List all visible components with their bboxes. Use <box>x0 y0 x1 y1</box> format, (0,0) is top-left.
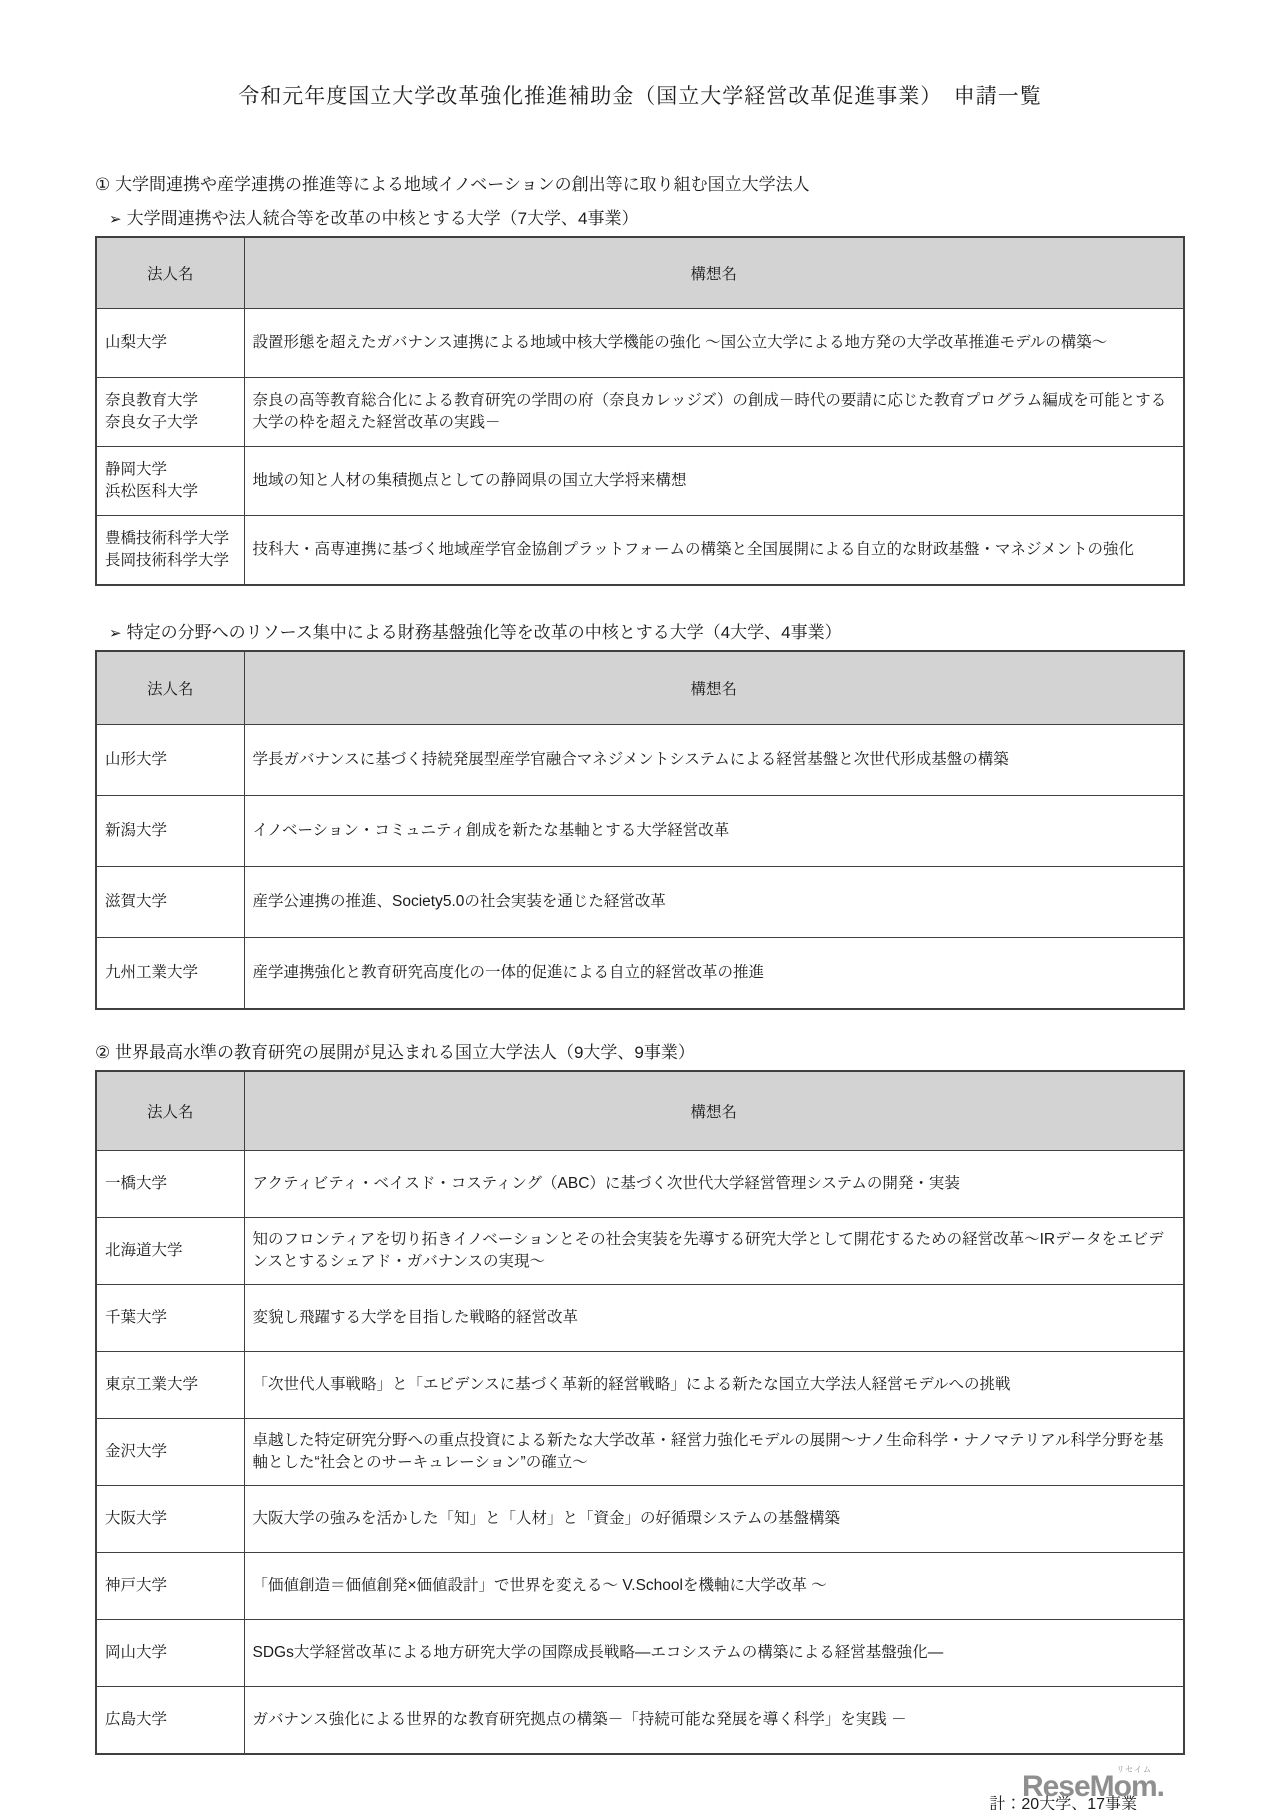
table-row: 千葉大学 変貌し飛躍する大学を目指した戦略的経営改革 <box>96 1285 1184 1352</box>
table-row: 広島大学 ガバナンス強化による世界的な教育研究拠点の構築－「持続可能な発展を導く… <box>96 1687 1184 1755</box>
university-name-cell: 山梨大学 <box>96 309 244 378</box>
university-name-cell: 金沢大学 <box>96 1419 244 1486</box>
table-row: 北海道大学 知のフロンティアを切り拓きイノベーションとその社会実装を先導する研究… <box>96 1218 1184 1285</box>
arrow-bullet-icon: ➢ <box>109 210 122 228</box>
table-row: 静岡大学 浜松医科大学 地域の知と人材の集積拠点としての静岡県の国立大学将来構想 <box>96 447 1184 516</box>
subsection-2-heading-text: 特定の分野へのリソース集中による財務基盤強化等を改革の中核とする大学（4大学、4… <box>127 623 842 642</box>
concept-title-cell: 産学公連携の推進、Society5.0の社会実装を通じた経営改革 <box>244 867 1184 938</box>
concept-title-cell: 「次世代人事戦略」と「エビデンスに基づく革新的経営戦略」による新たな国立大学法人… <box>244 1352 1184 1419</box>
university-name-cell: 岡山大学 <box>96 1620 244 1687</box>
corporation-column-header: 法人名 <box>96 237 244 309</box>
document-page: 令和元年度国立大学改革強化推進補助金（国立大学経営改革促進事業） 申請一覧 ① … <box>95 80 1185 1810</box>
concept-title-cell: アクティビティ・ベイスド・コスティング（ABC）に基づく次世代大学経営管理システ… <box>244 1151 1184 1218</box>
concept-title-cell: 大阪大学の強みを活かした「知」と「人材」と「資金」の好循環システムの基盤構築 <box>244 1486 1184 1553</box>
concept-title-cell: SDGs大学経営改革による地方研究大学の国際成長戦略―エコシステムの構築による経… <box>244 1620 1184 1687</box>
table-row: 岡山大学 SDGs大学経営改革による地方研究大学の国際成長戦略―エコシステムの構… <box>96 1620 1184 1687</box>
concept-title-cell: 技科大・高専連携に基づく地域産学官金協創プラットフォームの構築と全国展開による自… <box>244 516 1184 586</box>
table-row: 豊橋技術科学大学 長岡技術科学大学 技科大・高専連携に基づく地域産学官金協創プラ… <box>96 516 1184 586</box>
subsection-2-heading: ➢特定の分野へのリソース集中による財務基盤強化等を改革の中核とする大学（4大学、… <box>109 618 1185 643</box>
university-name-cell: 一橋大学 <box>96 1151 244 1218</box>
university-name-cell: 千葉大学 <box>96 1285 244 1352</box>
university-name-cell: 広島大学 <box>96 1687 244 1755</box>
table-row: 神戸大学 「価値創造＝価値創発×価値設計」で世界を変える～ V.Schoolを機… <box>96 1553 1184 1620</box>
concept-title-cell: 設置形態を超えたガバナンス連携による地域中核大学機能の強化 ～国公立大学による地… <box>244 309 1184 378</box>
concept-column-header: 構想名 <box>244 237 1184 309</box>
table-row: 東京工業大学 「次世代人事戦略」と「エビデンスに基づく革新的経営戦略」による新た… <box>96 1352 1184 1419</box>
subsection-1-heading-text: 大学間連携や法人統合等を改革の中核とする大学（7大学、4事業） <box>127 209 639 228</box>
university-name-cell: 大阪大学 <box>96 1486 244 1553</box>
table-row: 一橋大学 アクティビティ・ベイスド・コスティング（ABC）に基づく次世代大学経営… <box>96 1151 1184 1218</box>
concept-title-cell: 学長ガバナンスに基づく持続発展型産学官融合マネジメントシステムによる経営基盤と次… <box>244 725 1184 796</box>
concept-title-cell: ガバナンス強化による世界的な教育研究拠点の構築－「持続可能な発展を導く科学」を実… <box>244 1687 1184 1755</box>
concept-title-cell: 知のフロンティアを切り拓きイノベーションとその社会実装を先導する研究大学として開… <box>244 1218 1184 1285</box>
subsection-1-heading: ➢大学間連携や法人統合等を改革の中核とする大学（7大学、4事業） <box>109 204 1185 229</box>
table-header-row: 法人名 構想名 <box>96 651 1184 725</box>
concept-title-cell: 産学連携強化と教育研究高度化の一体的促進による自立的経営改革の推進 <box>244 938 1184 1010</box>
university-name-cell: 山形大学 <box>96 725 244 796</box>
corporation-column-header: 法人名 <box>96 651 244 725</box>
table-row: 滋賀大学 産学公連携の推進、Society5.0の社会実装を通じた経営改革 <box>96 867 1184 938</box>
university-name-cell: 北海道大学 <box>96 1218 244 1285</box>
university-name-cell: 豊橋技術科学大学 長岡技術科学大学 <box>96 516 244 586</box>
concept-title-cell: 変貌し飛躍する大学を目指した戦略的経営改革 <box>244 1285 1184 1352</box>
concept-column-header: 構想名 <box>244 1071 1184 1151</box>
table-row: 大阪大学 大阪大学の強みを活かした「知」と「人材」と「資金」の好循環システムの基… <box>96 1486 1184 1553</box>
concept-title-cell: 地域の知と人材の集積拠点としての静岡県の国立大学将来構想 <box>244 447 1184 516</box>
section-2-heading: ② 世界最高水準の教育研究の展開が見込まれる国立大学法人（9大学、9事業） <box>95 1038 1185 1063</box>
university-name-cell: 東京工業大学 <box>96 1352 244 1419</box>
page-title: 令和元年度国立大学改革強化推進補助金（国立大学経営改革促進事業） 申請一覧 <box>95 80 1185 110</box>
table-world-class-universities: 法人名 構想名 一橋大学 アクティビティ・ベイスド・コスティング（ABC）に基づ… <box>95 1070 1185 1755</box>
table-row: 金沢大学 卓越した特定研究分野への重点投資による新たな大学改革・経営力強化モデル… <box>96 1419 1184 1486</box>
concept-title-cell: 「価値創造＝価値創発×価値設計」で世界を変える～ V.Schoolを機軸に大学改… <box>244 1553 1184 1620</box>
table-header-row: 法人名 構想名 <box>96 1071 1184 1151</box>
logo-ruby-text: リセイム <box>1116 1764 1152 1775</box>
university-name-cell: 奈良教育大学 奈良女子大学 <box>96 378 244 447</box>
university-name-cell: 神戸大学 <box>96 1553 244 1620</box>
corporation-column-header: 法人名 <box>96 1071 244 1151</box>
table-collaboration-universities: 法人名 構想名 山梨大学 設置形態を超えたガバナンス連携による地域中核大学機能の… <box>95 236 1185 586</box>
concept-title-cell: 奈良の高等教育総合化による教育研究の学問の府（奈良カレッジズ）の創成－時代の要請… <box>244 378 1184 447</box>
university-name-cell: 新潟大学 <box>96 796 244 867</box>
table-resource-concentration-universities: 法人名 構想名 山形大学 学長ガバナンスに基づく持続発展型産学官融合マネジメント… <box>95 650 1185 1010</box>
concept-title-cell: 卓越した特定研究分野への重点投資による新たな大学改革・経営力強化モデルの展開～ナ… <box>244 1419 1184 1486</box>
arrow-bullet-icon: ➢ <box>109 624 122 642</box>
resemom-logo: リセイム ReseMom. <box>1022 1770 1164 1804</box>
section-1-heading: ① 大学間連携や産学連携の推進等による地域イノベーションの創出等に取り組む国立大… <box>95 170 1185 195</box>
table-header-row: 法人名 構想名 <box>96 237 1184 309</box>
table-row: 九州工業大学 産学連携強化と教育研究高度化の一体的促進による自立的経営改革の推進 <box>96 938 1184 1010</box>
concept-title-cell: イノベーション・コミュニティ創成を新たな基軸とする大学経営改革 <box>244 796 1184 867</box>
university-name-cell: 静岡大学 浜松医科大学 <box>96 447 244 516</box>
table-row: 奈良教育大学 奈良女子大学 奈良の高等教育総合化による教育研究の学問の府（奈良カ… <box>96 378 1184 447</box>
table-row: 山梨大学 設置形態を超えたガバナンス連携による地域中核大学機能の強化 ～国公立大… <box>96 309 1184 378</box>
university-name-cell: 九州工業大学 <box>96 938 244 1010</box>
concept-column-header: 構想名 <box>244 651 1184 725</box>
table-row: 新潟大学 イノベーション・コミュニティ創成を新たな基軸とする大学経営改革 <box>96 796 1184 867</box>
university-name-cell: 滋賀大学 <box>96 867 244 938</box>
table-row: 山形大学 学長ガバナンスに基づく持続発展型産学官融合マネジメントシステムによる経… <box>96 725 1184 796</box>
